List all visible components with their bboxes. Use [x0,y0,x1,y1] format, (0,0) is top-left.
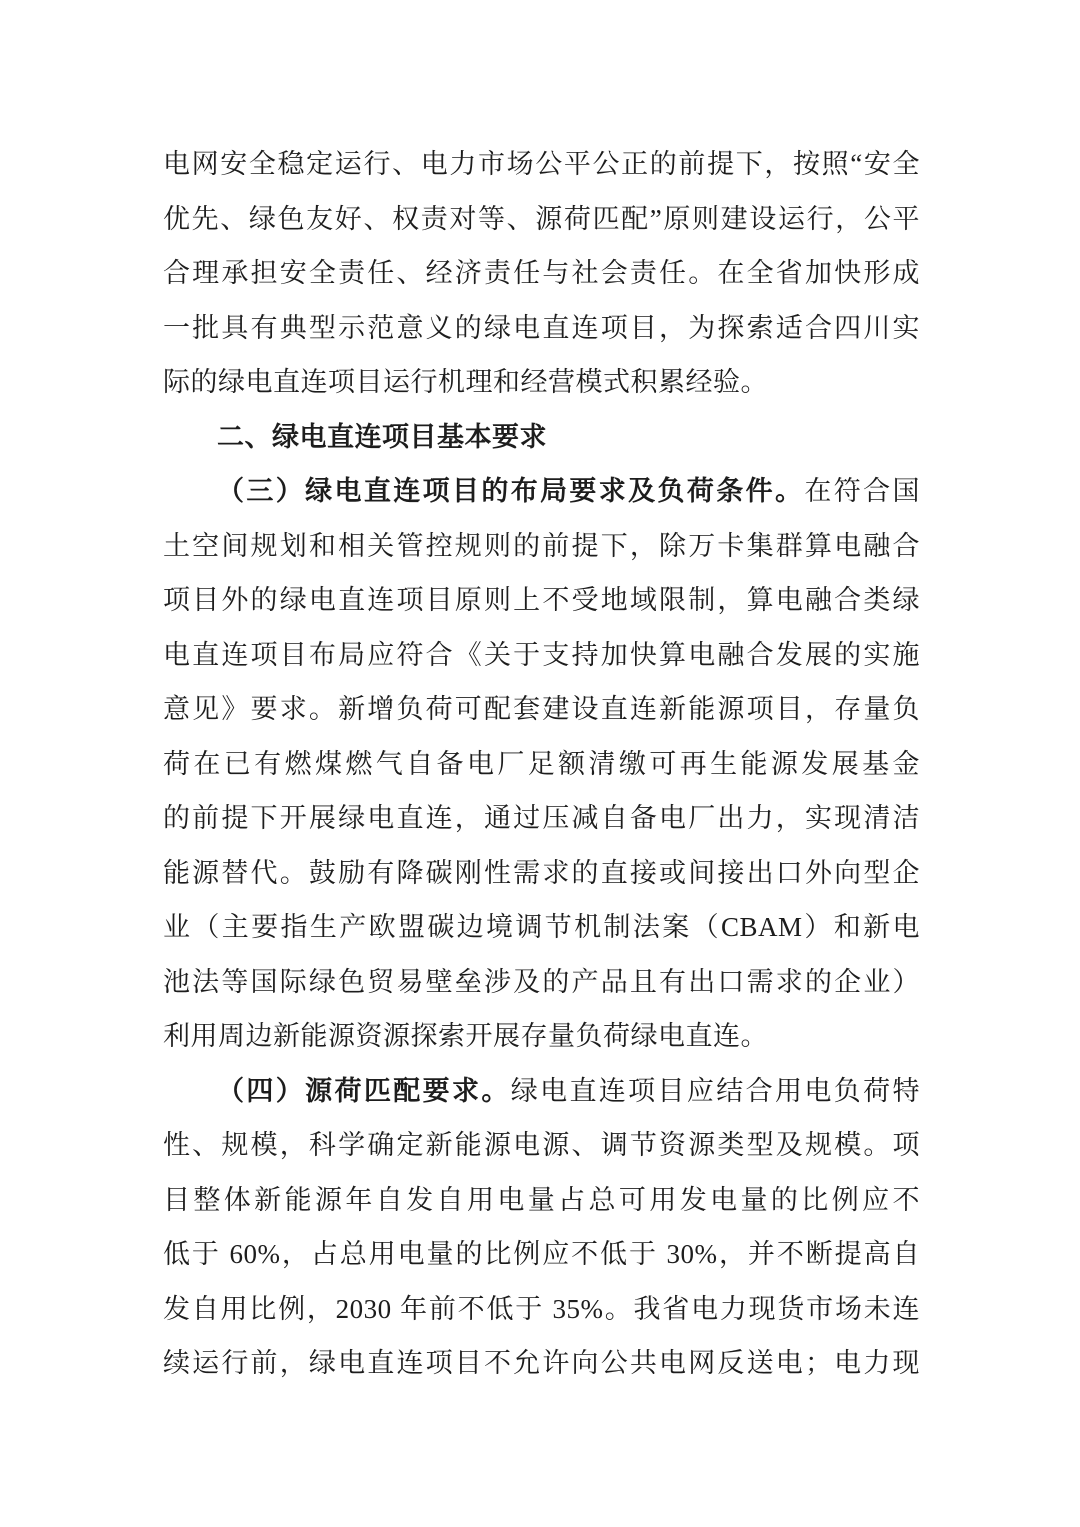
section-heading: 二、绿电直连项目基本要求 [163,410,920,465]
body-line: 业（主要指生产欧盟碳边境调节机制法案（CBAM）和新电 [163,900,920,955]
body-line-paragraph-end: 际的绿电直连项目运行机理和经营模式积累经验。 [163,355,920,410]
clause-heading-line: （四）源荷匹配要求。绿电直连项目应结合用电负荷特 [163,1064,920,1119]
line-text: 优先、绿色友好、权责对等、源荷匹配”原则建设运行，公平 [163,204,920,234]
line-text: 电直连项目布局应符合《关于支持加快算电融合发展的实施 [163,640,920,670]
line-text: 业（主要指生产欧盟碳边境调节机制法案（CBAM）和新电 [163,912,920,942]
body-line: 低于 60%，占总用电量的比例应不低于 30%，并不断提高自 [163,1227,920,1282]
line-text: 续运行前，绿电直连项目不允许向公共电网反送电；电力现 [163,1348,920,1378]
line-text: 在符合国 [804,476,920,506]
line-text: 利用周边新能源资源探索开展存量负荷绿电直连。 [163,1021,768,1051]
body-line: 优先、绿色友好、权责对等、源荷匹配”原则建设运行，公平 [163,192,920,247]
body-line: 合理承担安全责任、经济责任与社会责任。在全省加快形成 [163,246,920,301]
line-text: 目整体新能源年自发自用电量占总可用发电量的比例应不 [163,1185,920,1215]
line-text: 一批具有典型示范意义的绿电直连项目，为探索适合四川实 [163,313,920,343]
line-text: 合理承担安全责任、经济责任与社会责任。在全省加快形成 [163,258,920,288]
body-line: 续运行前，绿电直连项目不允许向公共电网反送电；电力现 [163,1336,920,1391]
line-text: 荷在已有燃煤燃气自备电厂足额清缴可再生能源发展基金 [163,749,920,779]
body-line: 电直连项目布局应符合《关于支持加快算电融合发展的实施 [163,628,920,683]
line-text: 性、规模，科学确定新能源电源、调节资源类型及规模。项 [163,1130,920,1160]
line-text: 发自用比例，2030 年前不低于 35%。我省电力现货市场未连 [163,1294,920,1324]
line-text: 绿电直连项目应结合用电负荷特 [511,1076,920,1106]
body-line: 池法等国际绿色贸易壁垒涉及的产品且有出口需求的企业） [163,955,920,1010]
document-page: 电网安全稳定运行、电力市场公平公正的前提下，按照“安全 优先、绿色友好、权责对等… [0,0,1080,1527]
line-text: 低于 60%，占总用电量的比例应不低于 30%，并不断提高自 [163,1239,920,1269]
line-text: 项目外的绿电直连项目原则上不受地域限制，算电融合类绿 [163,585,920,615]
clause-heading-text: （四）源荷匹配要求。 [217,1076,511,1106]
body-line: 电网安全稳定运行、电力市场公平公正的前提下，按照“安全 [163,137,920,192]
body-line: 目整体新能源年自发自用电量占总可用发电量的比例应不 [163,1173,920,1228]
body-line: 一批具有典型示范意义的绿电直连项目，为探索适合四川实 [163,301,920,356]
line-text: 池法等国际绿色贸易壁垒涉及的产品且有出口需求的企业） [163,967,920,997]
line-text: 的前提下开展绿电直连，通过压减自备电厂出力，实现清洁 [163,803,920,833]
body-line: 意见》要求。新增负荷可配套建设直连新能源项目，存量负 [163,682,920,737]
body-line: 能源替代。鼓励有降碳刚性需求的直接或间接出口外向型企 [163,846,920,901]
body-line: 土空间规划和相关管控规则的前提下，除万卡集群算电融合 [163,519,920,574]
line-text: 际的绿电直连项目运行机理和经营模式积累经验。 [163,367,768,397]
section-heading-text: 二、绿电直连项目基本要求 [217,422,547,452]
body-line-paragraph-end: 利用周边新能源资源探索开展存量负荷绿电直连。 [163,1009,920,1064]
clause-heading-text: （三）绿电直连项目的布局要求及负荷条件。 [217,476,804,506]
line-text: 土空间规划和相关管控规则的前提下，除万卡集群算电融合 [163,531,920,561]
line-text: 电网安全稳定运行、电力市场公平公正的前提下，按照“安全 [163,149,920,179]
body-line: 发自用比例，2030 年前不低于 35%。我省电力现货市场未连 [163,1282,920,1337]
clause-heading-line: （三）绿电直连项目的布局要求及负荷条件。在符合国 [163,464,920,519]
line-text: 意见》要求。新增负荷可配套建设直连新能源项目，存量负 [163,694,920,724]
body-line: 性、规模，科学确定新能源电源、调节资源类型及规模。项 [163,1118,920,1173]
body-line: 荷在已有燃煤燃气自备电厂足额清缴可再生能源发展基金 [163,737,920,792]
line-text: 能源替代。鼓励有降碳刚性需求的直接或间接出口外向型企 [163,858,920,888]
body-line: 项目外的绿电直连项目原则上不受地域限制，算电融合类绿 [163,573,920,628]
body-line: 的前提下开展绿电直连，通过压减自备电厂出力，实现清洁 [163,791,920,846]
document-body: 电网安全稳定运行、电力市场公平公正的前提下，按照“安全 优先、绿色友好、权责对等… [163,137,920,1391]
